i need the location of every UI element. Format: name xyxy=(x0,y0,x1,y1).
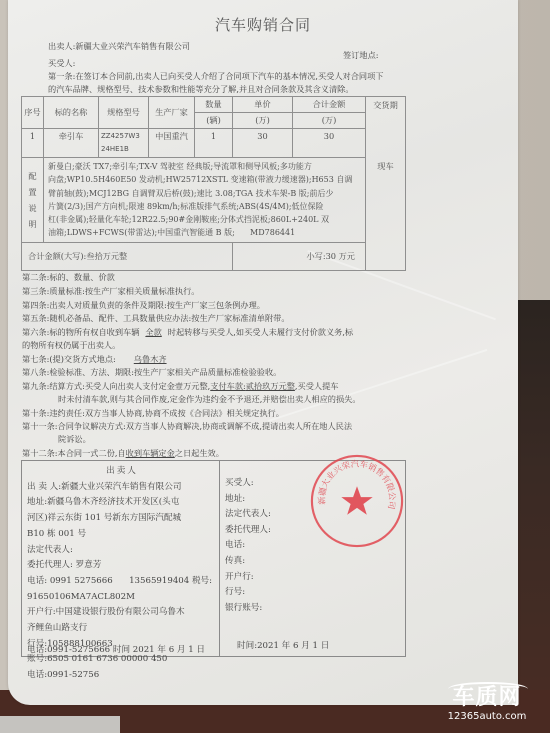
seller-line: 出卖人:新疆大业兴荣汽车销售有限公司 xyxy=(48,41,190,52)
background-furniture xyxy=(515,300,550,733)
clause-11-line-1: 第十一条:合同争议解决方式:双方当事人协商解决,协商或调解不成,提请出卖人所在地… xyxy=(22,421,352,432)
config-line: 向盘;WP10.5H460E50 发动机;HW25712XSTL 变速箱(带液力… xyxy=(48,173,361,186)
clause-6: 第六条:标的物所有权自收到车辆全款时起转移与买受人,如买受人未履行支付价款义务,… xyxy=(22,327,353,338)
header-model: 规格型号 xyxy=(99,97,149,129)
clause-9-underlined-1: 支付车款: xyxy=(210,381,246,391)
clause-6-suffix: 时起转移与买受人,如买受人未履行支付价款义务,标 xyxy=(168,327,353,337)
header-maker: 生产厂家 xyxy=(149,97,195,129)
config-line: 杠(非金属);轻量化车轮;12R22.5;90#金刚鞍座;分体式挡泥板;860L… xyxy=(48,213,361,226)
config-label-char: 明 xyxy=(24,216,41,232)
company-seal-stamp: 新疆大业兴荣汽车销售有限公司 xyxy=(308,452,406,550)
info-line: 法定代表人: xyxy=(27,543,217,559)
info-line: 行号: xyxy=(225,585,405,601)
clause-9-underlined-2: 贰拾玖万元整 xyxy=(246,381,295,391)
clause-1-line-2: 的汽车品牌、规格型号、技术参数和性能等充分了解,并且对合同条款及其含义清除。 xyxy=(48,84,354,95)
header-delivery: 交货期 现车 xyxy=(366,97,406,271)
config-line: 臂前轴(鼓);MCJ12BG 自调臂双后桥(鼓);速比 3.08;TGA 技术车… xyxy=(48,187,361,200)
header-name: 标的名称 xyxy=(44,97,99,129)
clause-10: 第十条:违约责任:双方当事人协商,协商不成按《合同法》相关规定执行。 xyxy=(22,408,284,419)
header-qty-unit: (辆) xyxy=(195,113,233,129)
header-seq: 序号 xyxy=(22,97,44,129)
info-line: 91650106MA7ACL802M xyxy=(27,590,217,606)
header-unit-price-unit: (万) xyxy=(233,113,293,129)
header-qty: 数量 xyxy=(195,97,233,113)
buyer-line: 买受人: xyxy=(48,58,75,69)
sign-place-label: 签订地点: xyxy=(343,50,379,61)
clause-9: 第九条:结算方式:买受人向出卖人支付定金壹万元整,支付车款:贰拾玖万元整,买受人… xyxy=(22,381,338,392)
config-label-char: 配 xyxy=(24,168,41,184)
config-label-cell: 配置说明 xyxy=(22,158,44,243)
clause-4: 第四条:出卖人对质量负责的条件及期限:按生产厂家三包条例办理。 xyxy=(22,300,265,311)
info-line: 银行账号: xyxy=(225,601,405,617)
clause-9-prefix: 第九条:结算方式:买受人向出卖人支付定金壹万元整, xyxy=(22,381,210,391)
clause-7-underlined: 乌鲁木齐 xyxy=(116,354,185,364)
clause-12: 第十二条:本合同一式二份,自收到车辆定金之日起生效。 xyxy=(22,448,224,459)
info-line: 开户行:中国建设银行股份有限公司乌鲁木 xyxy=(27,605,217,621)
clause-6-line-2: 的物所有权仍属于出卖人。 xyxy=(22,340,120,351)
info-line: 电话:0991-52756 xyxy=(27,668,217,684)
goods-table: 序号 标的名称 规格型号 生产厂家 数量 单价 合计金额 交货期 现车 (辆) … xyxy=(21,96,406,271)
cell-qty: 1 xyxy=(195,129,233,158)
cell-model-line-1: ZZ4257W3 xyxy=(101,130,146,143)
clause-6-prefix: 第六条:标的物所有权自收到车辆 xyxy=(22,327,139,337)
header-delivery-label: 交货期 xyxy=(368,99,403,112)
header-unit-price: 单价 xyxy=(233,97,293,113)
buyer-date-line: 时间:2021 年 6 月 1 日 xyxy=(237,639,329,651)
info-line: 开户行: xyxy=(225,570,405,586)
total-lower: 小写:30 万元 xyxy=(233,242,366,270)
config-line: 片簧(2/3);国产方向机;限速 89km/h;标准版排气系统;ABS(4S/4… xyxy=(48,200,361,213)
config-description: 新曼白;豪沃 TX7;牵引车;TX-V 驾驶室 经典版;导流罩和侧导风板;多功能… xyxy=(44,158,366,243)
config-line: 油箱;LDWS+FCWS(带雷达);中国重汽智能通 B 版; MD786441 xyxy=(48,226,361,239)
info-line: 河区)祥云东街 101 号新东方国际汽配城 xyxy=(27,511,217,527)
header-total-unit: (万) xyxy=(293,113,366,129)
info-line: B10 栋 001 号 xyxy=(27,527,217,543)
background-strip xyxy=(0,716,120,733)
info-line: 传真: xyxy=(225,554,405,570)
watermark-arc xyxy=(448,682,528,696)
watermark-url: 12365auto.com xyxy=(428,710,546,724)
watermark: 车质网 12365auto.com xyxy=(428,686,546,730)
clause-9-line-2: 时未付清车款,则与其合同作废,定金作为违约金不予退还,并赔偿出卖人相应的损失。 xyxy=(58,394,361,405)
document-title: 汽车购销合同 xyxy=(8,14,518,35)
clause-7-prefix: 第七条:(提)交货方式地点: xyxy=(22,354,116,364)
contract-paper: 汽车购销合同 出卖人:新疆大业兴荣汽车销售有限公司 签订地点: 买受人: 第一条… xyxy=(8,0,518,705)
config-lines: 新曼白;豪沃 TX7;牵引车;TX-V 驾驶室 经典版;导流罩和侧导风板;多功能… xyxy=(48,160,361,240)
header-total: 合计金额 xyxy=(293,97,366,113)
config-label: 配置说明 xyxy=(24,168,41,232)
info-line: 电话: 0991 5275666 13565919404 税号: xyxy=(27,574,217,590)
clause-12-suffix: 之日起生效。 xyxy=(175,448,224,458)
seller-date-line: 电话:0991-5275666 时间 2021 年 6 月 1 日 xyxy=(27,643,205,655)
signature-divider xyxy=(219,461,220,656)
cell-seq: 1 xyxy=(22,129,44,158)
config-line: 新曼白;豪沃 TX7;牵引车;TX-V 驾驶室 经典版;导流罩和侧导风板;多功能… xyxy=(48,160,361,173)
cell-maker: 中国重汽 xyxy=(149,129,195,158)
clause-12-underlined: 收到车辆定金 xyxy=(126,448,175,458)
clause-8: 第八条:检验标准、方法、期限:按生产厂家相关产品质量标准检验验收。 xyxy=(22,367,281,378)
info-line: 委托代理人: 罗意芳 xyxy=(27,558,217,574)
clause-7: 第七条:(提)交货方式地点:乌鲁木齐 xyxy=(22,354,185,365)
table-row: 1 牵引车 ZZ4257W3 24HE1B 中国重汽 1 30 30 xyxy=(22,129,406,158)
total-upper: 合计金额(大写):叁拾万元整 xyxy=(22,242,233,270)
delivery-value: 现车 xyxy=(368,160,403,173)
cell-unit-price: 30 xyxy=(233,129,293,158)
info-line: 地址:新疆乌鲁木齐经济技术开发区(头屯 xyxy=(27,495,217,511)
info-line: 出 卖 人:新疆大业兴荣汽车销售有限公司 xyxy=(27,480,217,496)
clause-12-prefix: 第十二条:本合同一式二份,自 xyxy=(22,448,126,458)
clause-9-suffix: ,买受人提车 xyxy=(295,381,339,391)
cell-model: ZZ4257W3 24HE1B xyxy=(99,129,149,158)
seller-block-header: 出卖人 xyxy=(27,464,217,480)
clause-1-line-1: 第一条:在签订本合同前,出卖人已向买受人介绍了合同项下汽车的基本情况,买受人对合… xyxy=(48,71,383,82)
config-label-char: 说 xyxy=(24,200,41,216)
info-line: 齐鲤鱼山路支行 xyxy=(27,621,217,637)
clause-11-line-2: 院诉讼。 xyxy=(58,434,91,445)
config-label-char: 置 xyxy=(24,184,41,200)
clause-5: 第五条:随机必备品、配件、工具数量供应办法:按生产厂家标准清单附带。 xyxy=(22,313,290,324)
clause-2: 第二条:标的、数量、价款 xyxy=(22,272,115,283)
clause-3: 第三条:质量标准:按生产厂家相关质量标准执行。 xyxy=(22,286,199,297)
cell-model-line-2: 24HE1B xyxy=(101,143,146,156)
cell-total: 30 xyxy=(293,129,366,158)
clause-6-underlined: 全款 xyxy=(139,327,167,337)
cell-name: 牵引车 xyxy=(44,129,99,158)
